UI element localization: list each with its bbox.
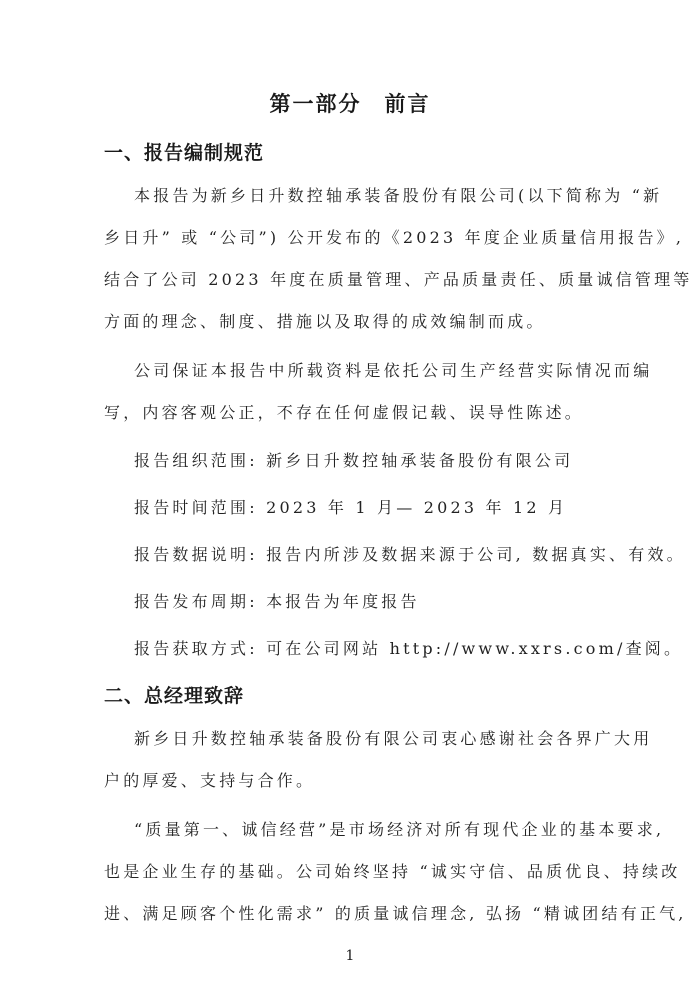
paragraph-line: 结合了公司 2023 年度在质量管理、产品质量责任、质量诚信管理等 <box>104 267 693 290</box>
paragraph-line: 户的厚爱、支持与合作。 <box>104 768 315 791</box>
paragraph-line: 也是企业生存的基础。公司始终坚持 “诚实守信、品质优良、持续改 <box>104 859 680 882</box>
paragraph-line: 本报告为新乡日升数控轴承装备股份有限公司(以下简称为 “新 <box>134 183 662 206</box>
field-data-statement: 报告数据说明: 报告内所涉及数据来源于公司, 数据真实、有效。 <box>134 542 686 565</box>
page-title: 第一部分 前言 <box>0 88 700 118</box>
field-access-method: 报告获取方式: 可在公司网站 http://www.xxrs.com/查阅。 <box>134 636 683 659</box>
paragraph-line: 方面的理念、制度、措施以及取得的成效编制而成。 <box>104 309 546 332</box>
paragraph-line: “质量第一、诚信经营”是市场经济对所有现代企业的基本要求, <box>134 817 664 840</box>
paragraph-line: 新乡日升数控轴承装备股份有限公司衷心感谢社会各界广大用 <box>134 726 652 749</box>
document-page: 第一部分 前言 一、报告编制规范 本报告为新乡日升数控轴承装备股份有限公司(以下… <box>0 0 700 990</box>
page-number: 1 <box>0 948 700 964</box>
field-time-scope: 报告时间范围: 2023 年 1 月— 2023 年 12 月 <box>134 495 567 518</box>
paragraph-line: 公司保证本报告中所载资料是依托公司生产经营实际情况而编 <box>134 358 652 381</box>
paragraph-line: 进、满足顾客个性化需求” 的质量诚信理念, 弘扬 “精诚团结有正气, <box>104 901 687 924</box>
paragraph-line: 写，内容客观公正，不存在任何虚假记载、误导性陈述。 <box>104 400 584 423</box>
section-heading-2: 二、总经理致辞 <box>104 681 244 708</box>
field-release-cycle: 报告发布周期: 本报告为年度报告 <box>134 589 420 612</box>
field-organization-scope: 报告组织范围: 新乡日升数控轴承装备股份有限公司 <box>134 448 573 471</box>
section-heading-1: 一、报告编制规范 <box>104 138 264 165</box>
paragraph-line: 乡日升” 或 “公司”) 公开发布的《2023 年度企业质量信用报告》, <box>104 225 684 248</box>
